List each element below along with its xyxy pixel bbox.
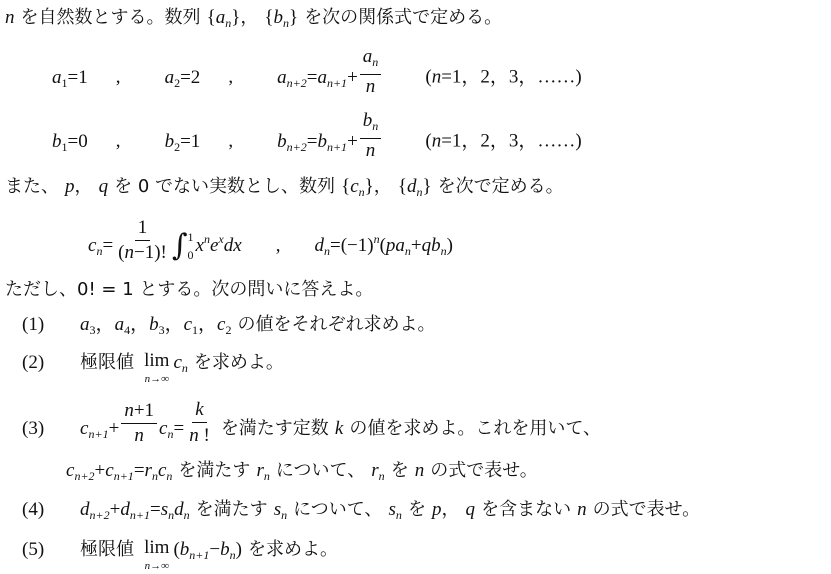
note-line: ただし、0! = 1 とする。次の問いに答えよ。 bbox=[5, 276, 373, 303]
question-2: (2) 極限値 limn→∞cn を求めよ。 bbox=[22, 349, 284, 385]
intro-text-1: を自然数とする。数列 bbox=[21, 7, 201, 28]
a2-init: a2=2 bbox=[165, 66, 201, 88]
a-domain: (n=1，2，3，……) bbox=[425, 67, 581, 88]
cd-definitions: cn=1(n−1)!∫10xnexdx , dn=(−1)n(pan+qbn) bbox=[88, 226, 453, 265]
intro-text-2: を次の関係式で定める。 bbox=[304, 7, 502, 28]
seq-d: {dn} bbox=[398, 176, 432, 197]
c-definition: cn=1(n−1)!∫10xnexdx bbox=[88, 234, 248, 256]
recurrence-a: a1=1 , a2=2 , an+2=an+1+ann (n=1，2，3，……) bbox=[52, 56, 582, 99]
d-definition: dn=(−1)n(pan+qbn) bbox=[314, 234, 452, 256]
a1-init: a1=1 bbox=[52, 66, 88, 88]
intro-line: n を自然数とする。数列 {an}， {bn} を次の関係式で定める。 bbox=[5, 4, 502, 36]
seq-a: {an} bbox=[207, 7, 241, 28]
a-relation: an+2=an+1+ann bbox=[277, 66, 383, 88]
var-n: n bbox=[5, 7, 15, 28]
q3-expr: cn+1+n+1ncn=kn ! bbox=[80, 417, 215, 439]
q4-expr: dn+2+dn+1=sndn bbox=[80, 498, 190, 520]
b-domain: (n=1，2，3，……) bbox=[425, 131, 581, 152]
q3-expr2: cn+2+cn+1=rncn bbox=[66, 459, 172, 481]
limit-op: limn→∞ bbox=[144, 536, 169, 572]
definition-intro: また、 p， q を 0 でない実数とし、数列 {cn}， {dn} を次で定め… bbox=[5, 173, 564, 205]
q1-expr: a3，a4，b3，c1，c2 bbox=[80, 313, 231, 335]
question-5: (5) 極限値 limn→∞(bn+1−bn) を求めよ。 bbox=[22, 536, 338, 572]
limit-op: limn→∞ bbox=[144, 349, 169, 385]
seq-c: {cn} bbox=[341, 176, 374, 197]
b-relation: bn+2=bn+1+bnn bbox=[277, 130, 383, 152]
question-4: (4) dn+2+dn+1=sndn を満たす sn について、 sn を p，… bbox=[22, 496, 700, 528]
question-3: (3) cn+1+n+1ncn=kn ! を満たす定数 k の値を求めよ。これを… bbox=[22, 410, 601, 448]
question-3-line2: cn+2+cn+1=rncn を満たす rn について、 rn を n の式で表… bbox=[66, 457, 538, 489]
b1-init: b1=0 bbox=[52, 130, 88, 152]
seq-b: {bn} bbox=[264, 7, 298, 28]
question-1: (1) a3，a4，b3，c1，c2 の値をそれぞれ求めよ。 bbox=[22, 311, 436, 343]
integral-sign: ∫ bbox=[172, 228, 188, 263]
recurrence-b: b1=0 , b2=1 , bn+2=bn+1+bnn (n=1，2，3，……) bbox=[52, 120, 582, 163]
b2-init: b2=1 bbox=[165, 130, 201, 152]
